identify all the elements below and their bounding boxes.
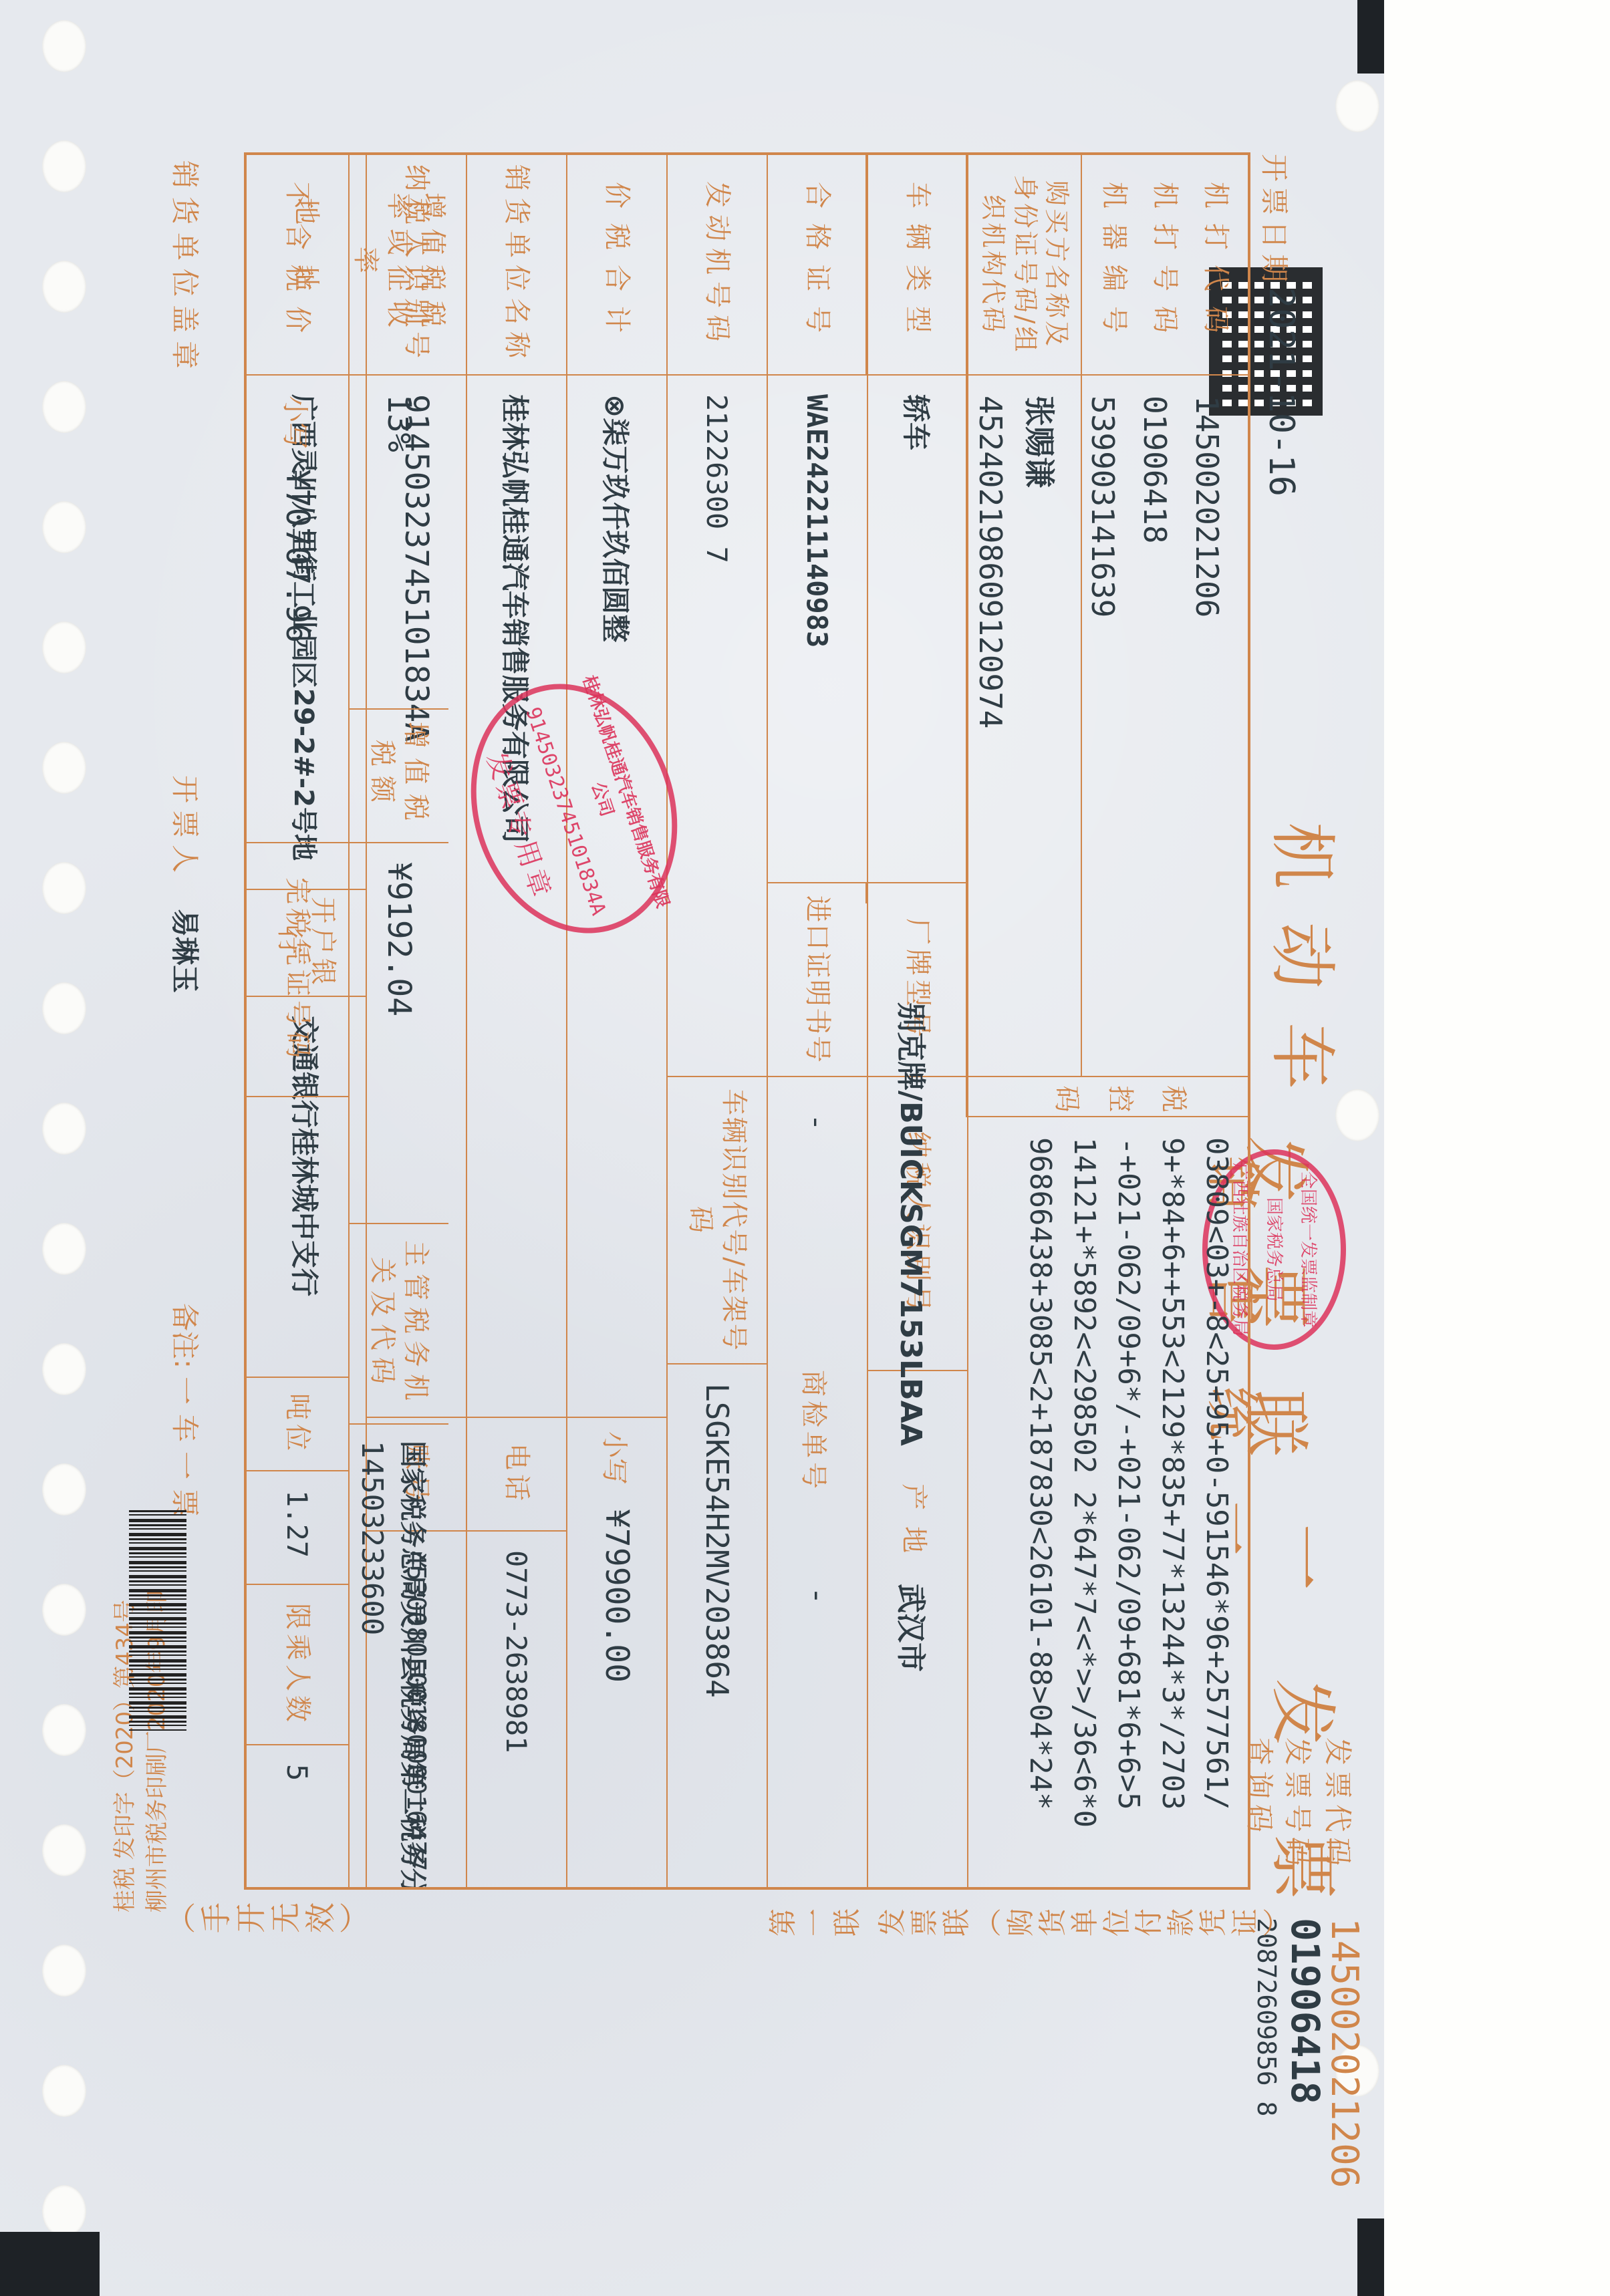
small-label: 小写 — [598, 1431, 636, 1485]
tax-control-lines: 03809<03+-8<25+95+0-591546*96+2577561/ 9… — [1018, 1117, 1248, 1890]
issue-date: 2021-10-16 — [1261, 287, 1301, 496]
tonnage-label: 吨位 — [247, 1378, 348, 1471]
sprocket-hole — [42, 742, 86, 794]
tax-authority-cell: 国家税务总局灵川县税务局第二税务分局 14503233600 — [348, 1425, 448, 1887]
vehicle-type: 轿车 — [867, 376, 967, 883]
sprocket-hole — [42, 2065, 86, 2117]
handwritten-invalid-note: （手开无效） — [165, 1898, 374, 1942]
brand-model: 别克牌/BUICKSGM7153LBAA — [892, 1002, 935, 1446]
sprocket-hole — [42, 1584, 86, 1636]
engine-label: 发动机号码 — [666, 155, 767, 376]
tax-amount-label: 增值税税额 — [348, 710, 448, 843]
certificate-label: 合格证号 — [767, 155, 867, 376]
engine-number: 21226300 7 — [666, 376, 767, 1077]
row-spacer — [966, 1077, 967, 1097]
invoice-number: 01906418 — [1283, 1918, 1328, 2104]
remark-label: 备注: — [166, 1303, 207, 1369]
invoice-sheet: 桂税 发印字（2020）第434号 柳州市税务印刷厂2020年9月印 机动车 销… — [0, 0, 1610, 2296]
sprocket-hole — [42, 621, 86, 674]
pretax-label: 不含税价 — [247, 155, 348, 376]
machine-values: 145002021206 01906418 539903141639 — [1081, 376, 1248, 1077]
seller-seal-label: 销货单位盖章 — [166, 160, 207, 377]
issue-date-label: 开票日期 — [1256, 154, 1296, 287]
sprocket-hole — [42, 1103, 86, 1155]
inspection: - — [801, 1590, 835, 1601]
print-code-label: 机打代码 — [1199, 182, 1232, 347]
sprocket-hole — [1335, 80, 1379, 132]
seats: 5 — [247, 1745, 348, 1887]
seats-label: 限乘人数 — [247, 1585, 348, 1745]
vin-label: 车辆识别代号/车架号码 — [666, 1077, 767, 1365]
sprocket-hole — [42, 1704, 86, 1756]
print-number-label: 机打号码 — [1148, 182, 1182, 347]
pretax-amount: ¥70707.96 — [279, 469, 316, 643]
phone-label: 电话 — [466, 1418, 566, 1532]
stamp-middle-text: 国家税务总局 — [1263, 1155, 1288, 1344]
sprocket-hole — [42, 1945, 86, 1997]
sprocket-hole — [42, 1223, 86, 1275]
buyer-id-number: 452402198609120974 — [972, 396, 1009, 1076]
total-small: ¥79900.00 — [598, 1509, 636, 1683]
pretax-cell: 小写 ¥70707.96 — [247, 376, 348, 843]
invoice-title-tail: 一 发 票 — [1260, 1524, 1356, 1934]
paid-cert — [247, 1097, 348, 1378]
vin: LSGKE54H2MV203864 — [666, 1365, 767, 1890]
remark: 一车一票 — [166, 1377, 207, 1526]
print-number: 01906418 — [1137, 396, 1173, 1076]
certificate-number: WAE242211140983 — [767, 376, 867, 883]
invoice-number-label: 发票号码 — [1279, 1737, 1319, 1871]
sprocket-hole — [42, 1343, 86, 1395]
buyer-label: 购买方名称及身份证号码/组织机构代码 — [967, 155, 1081, 376]
origin-label: 产地 — [897, 1483, 935, 1569]
tax-authority-code: 14503233600 — [355, 1441, 389, 1887]
query-code: 20872609856 8 — [1252, 1918, 1281, 2116]
invoice-code: 145002021206 — [1323, 1918, 1366, 2188]
tax-rate-label-text: 增值税税率或征收率 — [349, 188, 448, 341]
invoice-title: 机动车 — [1260, 822, 1356, 1123]
tax-authority: 国家税务总局灵川县税务局第二税务分局 — [396, 1441, 434, 1887]
sprocket-hole — [42, 20, 86, 72]
paid-cert-label: 完税凭证号码 — [247, 843, 348, 1097]
machine-labels: 机打代码 机打号码 机器编号 — [1081, 155, 1248, 376]
tax-control-code: 03809<03+-8<25+95+0-591546*96+2577561/ 9… — [967, 1117, 1248, 1890]
issuer: 易琳玉 — [166, 909, 207, 993]
seller-phone: 0773-2638981 — [466, 1532, 566, 1890]
print-code: 145002021206 — [1189, 396, 1225, 1076]
machine-number: 539903141639 — [1085, 396, 1121, 1076]
sprocket-hole — [42, 862, 86, 914]
sprocket-hole — [42, 501, 86, 553]
sprocket-hole — [42, 1824, 86, 1876]
origin: 武汉市 — [892, 1584, 935, 1672]
pretax-small-label: 小写 — [279, 396, 317, 449]
buyer-name: 张赐谦 — [1019, 396, 1063, 1076]
scan-margin — [1384, 0, 1610, 2296]
tax-control-label: 税控码 — [967, 1077, 1248, 1117]
sprocket-hole — [42, 381, 86, 433]
tax-amount: ¥9192.04 — [348, 843, 448, 1224]
invoice-code-label: 发票代码 — [1319, 1737, 1359, 1871]
registration-mark — [0, 2232, 100, 2296]
tax-block: 增值税税率或征收率 13% 增值税税额 ¥9192.04 主管税务机关及代码 国… — [244, 152, 448, 1890]
sprocket-hole — [42, 140, 86, 192]
copy-note: 第一联 发票联（购货单位付款凭证） — [768, 1904, 1169, 1945]
tax-rate-label: 增值税税率或征收率 — [348, 155, 448, 376]
tonnage: 1.27 — [247, 1471, 348, 1585]
inspection-label: 商检单号 — [797, 1370, 835, 1493]
registration-mark — [1357, 2218, 1384, 2296]
sprocket-hole — [42, 982, 86, 1034]
registration-mark — [1357, 0, 1384, 74]
stamp-top-text: 全国统一发票监制章 — [1297, 1155, 1322, 1344]
sprocket-hole — [42, 2185, 86, 2237]
tax-control-label-text: 税控码 — [1028, 1080, 1188, 1113]
issuer-label: 开票人 — [166, 775, 207, 879]
barcode — [129, 1510, 186, 1731]
total-label: 价税合计 — [566, 155, 666, 376]
seller-name-label: 销货单位名称 — [466, 155, 566, 376]
buyer-values: 张赐谦 452402198609120974 — [967, 376, 1081, 1077]
machine-number-label: 机器编号 — [1097, 182, 1131, 347]
sprocket-hole — [42, 1463, 86, 1516]
tax-authority-label: 主管税务机关及代码 — [348, 1224, 448, 1425]
sprocket-hole — [42, 261, 86, 313]
import-cert-label: 进口证明书号 — [767, 883, 867, 1077]
tax-rate: 13% — [348, 376, 448, 710]
row-spacer — [966, 883, 967, 903]
vehicle-type-label: 车辆类型 — [867, 155, 967, 376]
total-small-cell: 小写 ¥79900.00 — [566, 1418, 666, 1890]
